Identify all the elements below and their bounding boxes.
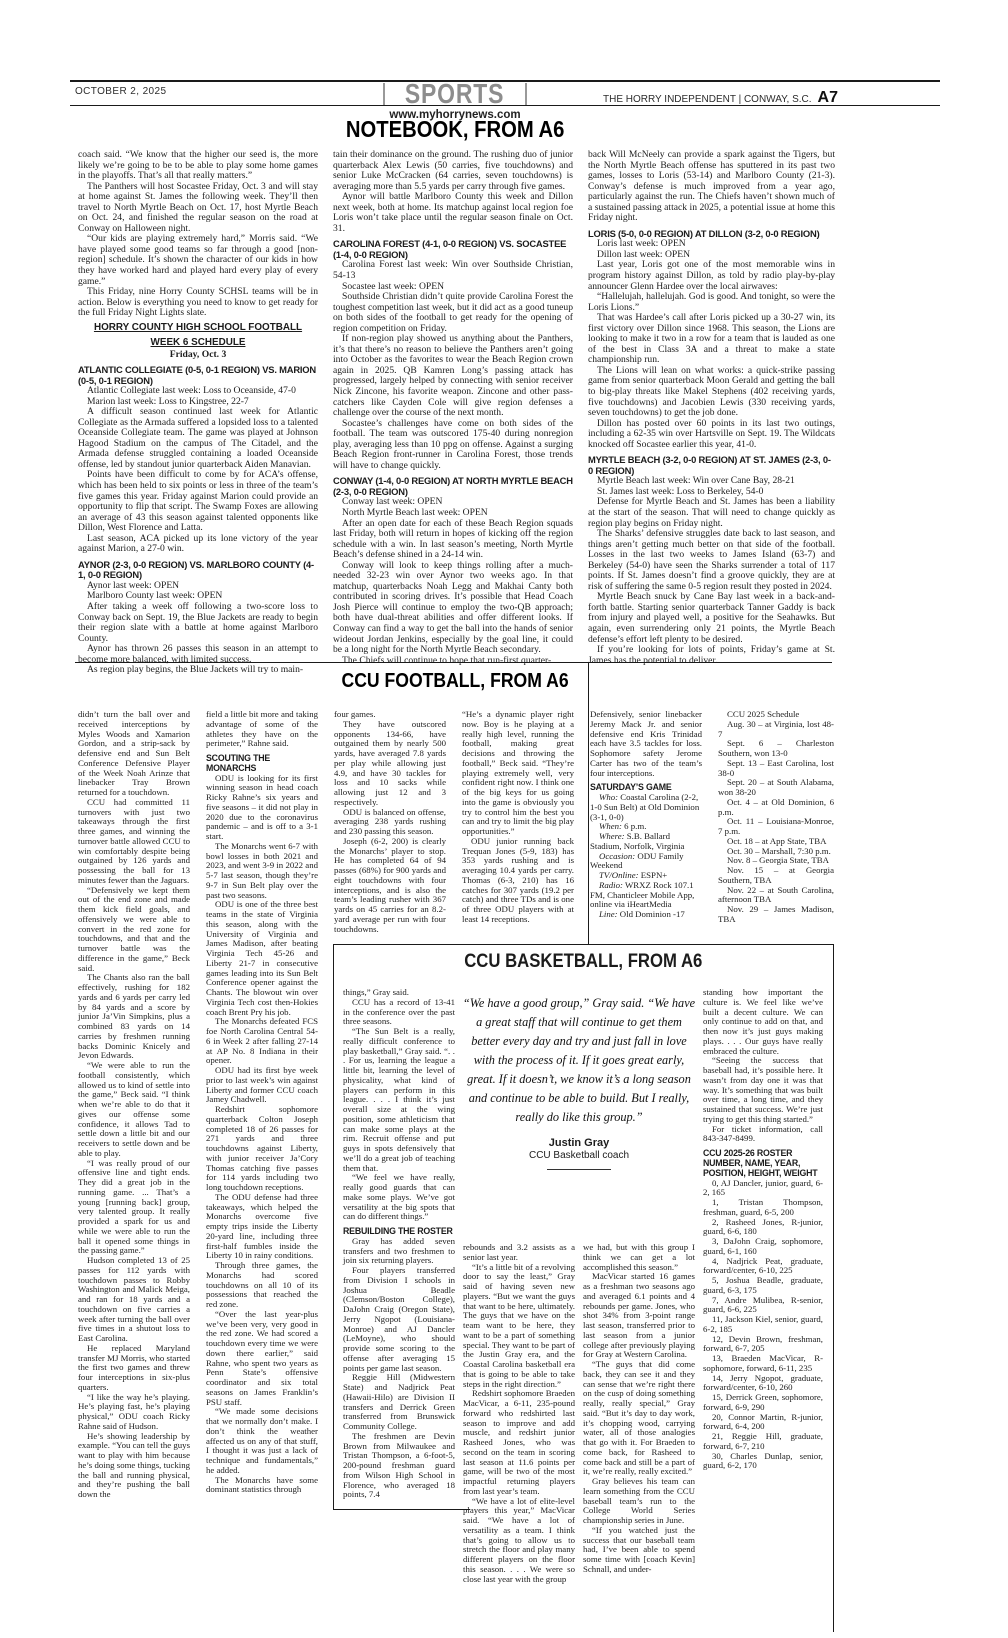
newspaper-page: { "masthead": { "date": "OCTOBER 2, 2025… — [0, 0, 1008, 1638]
basketball-column-4-roster: standing how important the culture is. W… — [703, 988, 823, 1471]
paragraph: Socastee’s challenges have come on both … — [333, 419, 573, 472]
subhead: CAROLINA FOREST (4-1, 0-0 REGION) VS. SO… — [333, 239, 573, 260]
paragraph: “We feel we have really, really good gua… — [343, 1173, 455, 1222]
info-label: Radio: — [599, 880, 623, 890]
football-column-3: four games.They have outscored opponents… — [334, 710, 446, 934]
paragraph: Conway will look to keep things rolling … — [333, 561, 573, 656]
football-headline: CCU FOOTBALL, FROM A6 — [75, 670, 835, 693]
paragraph: A difficult season continued last week f… — [78, 407, 318, 470]
paragraph: The Panthers will host Socastee Friday, … — [78, 182, 318, 235]
basketball-box-top-rule — [333, 944, 834, 945]
paragraph: “It’s a little bit of a revolving door t… — [463, 1263, 575, 1390]
paragraph: For ticket information, call 843-347-849… — [703, 1125, 823, 1145]
paragraph: ODU is one of the three best teams in th… — [206, 900, 318, 1017]
paragraph: 7, Andre Mulibea, R-senior, guard, 6-6, … — [703, 1296, 823, 1316]
paragraph: 11, Jackson Kiel, senior, guard, 6-2, 18… — [703, 1315, 823, 1335]
info-label: Occasion: — [599, 851, 635, 861]
paragraph: The freshmen are Devin Brown from Milwau… — [343, 1432, 455, 1500]
subhead: AYNOR (2-3, 0-0 REGION) VS. MARLBORO COU… — [78, 560, 318, 581]
paragraph: “Defensively we kept them out of the end… — [78, 886, 190, 974]
basketball-column-1: things,” Gray said.CCU has a record of 1… — [343, 988, 455, 1500]
paragraph: Nov. 22 – at South Carolina, afternoon T… — [718, 886, 834, 906]
subhead: CCU 2025-26 ROSTER NUMBER, NAME, YEAR, P… — [703, 1149, 823, 1179]
paragraph: 14, Jerry Ngopot, graduate, forward/cent… — [703, 1374, 823, 1394]
paragraph: They have outscored opponents 134-66, ha… — [334, 720, 446, 808]
paragraph: He’s showing leadership by example. “You… — [78, 1432, 190, 1500]
notebook-headline-text: NOTEBOOK, FROM A6 — [346, 116, 565, 143]
info-label: Line: — [599, 909, 618, 919]
subhead: Friday, Oct. 3 — [78, 350, 318, 361]
football-column-6-schedule: CCU 2025 ScheduleAug. 30 – at Virginia, … — [718, 710, 834, 925]
pull-quote: “We have a good group,” Gray said. “We h… — [462, 994, 696, 1170]
paragraph: Defensively, senior linebacker Jeremy Ma… — [590, 710, 702, 778]
paragraph: This Friday, nine Horry County SCHSL tea… — [78, 287, 318, 319]
paragraph: 15, Derrick Green, sophomore, forward, 6… — [703, 1393, 823, 1413]
basketball-box-left-rule — [333, 944, 334, 1510]
paragraph: 2, Rasheed Jones, R-junior, guard, 6-6, … — [703, 1218, 823, 1238]
paragraph: standing how important the culture is. W… — [703, 988, 823, 1056]
subhead: CONWAY (1-4, 0-0 REGION) AT NORTH MYRTLE… — [333, 476, 573, 497]
paragraph: The Monarchs have some dominant statisti… — [206, 1476, 318, 1496]
paragraph: “Seeing the success that baseball had, i… — [703, 1056, 823, 1124]
paragraph: 13, Braeden MacVicar, R-sophomore, forwa… — [703, 1354, 823, 1374]
paragraph: Joseph (6-2, 200) is clearly the Monarch… — [334, 837, 446, 935]
paragraph: rebounds and 3.2 assists as a senior las… — [463, 1243, 575, 1263]
football-column-5-gamebox: Defensively, senior linebacker Jeremy Ma… — [590, 710, 702, 920]
paragraph: Oct. 4 – at Old Dominion, 6 p.m. — [718, 798, 834, 818]
paragraph: “Our kids are playing extremely hard,” M… — [78, 234, 318, 287]
paragraph: Occasion: ODU Family Weekend — [590, 852, 702, 872]
paragraph: “The Sun Belt is a really, really diffic… — [343, 1027, 455, 1173]
pull-quote-attribution-title: CCU Basketball coach — [462, 1150, 696, 1161]
paragraph: “If you watched just the success that ou… — [583, 1526, 695, 1575]
paragraph: Where: S.B. Ballard Stadium, Norfolk, Vi… — [590, 832, 702, 852]
paragraph: Last year, Loris got one of the most mem… — [588, 260, 835, 292]
paragraph: “The guys that did come back, they can s… — [583, 1360, 695, 1477]
football-headline-text: CCU FOOTBALL, FROM A6 — [341, 670, 568, 693]
paragraph: ODU is looking for its first winning sea… — [206, 774, 318, 842]
paragraph: That was Hardee’s call after Loris picke… — [588, 313, 835, 366]
paragraph: The Monarchs went 6-7 with bowl losses i… — [206, 842, 318, 901]
notebook-column-2: tain their dominance on the ground. The … — [333, 150, 573, 666]
paragraph: After an open date for each of these Bea… — [333, 519, 573, 561]
paragraph: ODU had its first bye week prior to last… — [206, 1066, 318, 1105]
paragraph: back Will McNeely can provide a spark ag… — [588, 150, 835, 224]
banner-left-bar — [383, 83, 385, 105]
basketball-column-2: rebounds and 3.2 assists as a senior las… — [463, 1243, 575, 1584]
paragraph: Through three games, the Monarchs had sc… — [206, 1261, 318, 1310]
paragraph: The Monarchs defeated FCS foe North Caro… — [206, 1017, 318, 1066]
paragraph: Oct. 11 – Louisiana-Monroe, 7 p.m. — [718, 817, 834, 837]
paragraph: The Chiefs will continue to hope that ru… — [333, 656, 573, 667]
paragraph: 4, Nadjrick Peat, graduate, forward/cent… — [703, 1257, 823, 1277]
notebook-column-3: back Will McNeely can provide a spark ag… — [588, 150, 835, 666]
notebook-column-1: coach said. “We know that the higher our… — [78, 150, 318, 676]
info-label: Who: — [599, 792, 618, 802]
paragraph: 12, Devin Brown, freshman, forward, 6-7,… — [703, 1335, 823, 1355]
pull-quote-text: “We have a good group,” Gray said. “We h… — [462, 994, 696, 1127]
paragraph: Redshirt sophomore quarterback Colton Jo… — [206, 1105, 318, 1193]
paragraph: The Sharks’ defensive struggles date bac… — [588, 529, 835, 592]
paragraph: Dillon has posted over 60 points in its … — [588, 419, 835, 451]
football-column-2: field a little bit more and taking advan… — [206, 710, 318, 1495]
subhead: WEEK 6 SCHEDULE — [78, 337, 318, 349]
paragraph: North Myrtle Beach last week: OPEN — [333, 508, 573, 519]
football-column-4: “He’s a dynamic player right now. Boy is… — [462, 710, 574, 925]
paragraph: MacVicar started 16 games as a freshman … — [583, 1272, 695, 1360]
paragraph: Four players transferred from Division I… — [343, 1266, 455, 1373]
subhead: HORRY COUNTY HIGH SCHOOL FOOTBALL — [78, 322, 318, 334]
pull-quote-divider — [547, 1169, 611, 1170]
paragraph: 20, Connor Martin, R-junior, forward, 6-… — [703, 1413, 823, 1433]
paragraph: 0, AJ Dancler, junior, guard, 6-2, 165 — [703, 1179, 823, 1199]
basketball-box-bottom-rule — [333, 1509, 470, 1510]
paragraph: “I like the way he’s playing. He’s playi… — [78, 1393, 190, 1432]
paragraph: Nov. 15 – at Georgia Southern, TBA — [718, 866, 834, 886]
paragraph: The ODU defense had three takeaways, whi… — [206, 1193, 318, 1261]
paragraph: “He’s a dynamic player right now. Boy is… — [462, 710, 574, 837]
paragraph: ODU junior running back Trequan Jones (5… — [462, 837, 574, 925]
paragraph: CCU has a record of 13-41 in the confere… — [343, 998, 455, 1027]
paragraph: Radio: WRXZ Rock 107.1 FM, Chanticleer M… — [590, 881, 702, 910]
paragraph: He replaced Maryland transfer MJ Morris,… — [78, 1344, 190, 1393]
paragraph: Line: Old Dominion -17 — [590, 910, 702, 920]
paragraph: tain their dominance on the ground. The … — [333, 150, 573, 192]
header-rule-bottom — [70, 105, 940, 106]
paragraph: 21, Reggie Hill, graduate, forward, 6-7,… — [703, 1432, 823, 1452]
paragraph: Gray has added seven transfers and two f… — [343, 1237, 455, 1266]
paragraph: “We have a lot of elite-level players th… — [463, 1497, 575, 1585]
subhead: SCOUTING THE MONARCHS — [206, 754, 318, 774]
basketball-box-right-rule — [833, 944, 834, 1632]
paragraph: Gray believes his team can learn somethi… — [583, 1477, 695, 1526]
paragraph: “I was really proud of our offensive lin… — [78, 1159, 190, 1257]
paragraph: we had, but with this group I think we c… — [583, 1243, 695, 1272]
paragraph: If non-region play showed us anything ab… — [333, 334, 573, 418]
pull-quote-attribution-name: Justin Gray — [462, 1137, 696, 1149]
paragraph: Last season, ACA picked up its lone vict… — [78, 534, 318, 555]
paragraph: Redshirt sophomore Braeden MacVicar, a 6… — [463, 1389, 575, 1496]
info-label: When: — [599, 821, 622, 831]
paragraph: coach said. “We know that the higher our… — [78, 150, 318, 182]
paragraph: Aug. 30 – at Virginia, lost 48-7 — [718, 720, 834, 740]
paragraph: Southside Christian didn’t quite provide… — [333, 292, 573, 334]
paragraph: CCU had committed 11 turnovers with just… — [78, 798, 190, 886]
basketball-headline-text: CCU BASKETBALL, FROM A6 — [464, 951, 702, 973]
paragraph: The Lions will lean on what works: a qui… — [588, 366, 835, 419]
paragraph: 30, Charles Dunlap, senior, guard, 6-2, … — [703, 1452, 823, 1472]
paragraph: 5, Joshua Beadle, graduate, guard, 6-3, … — [703, 1276, 823, 1296]
paragraph: Hudson completed 13 of 25 passes for 112… — [78, 1256, 190, 1344]
paragraph: Reggie Hill (Midwestern State) and Nadjr… — [343, 1373, 455, 1432]
subhead: ATLANTIC COLLEGIATE (0-5, 0-1 REGION) VS… — [78, 365, 318, 386]
paragraph: Myrtle Beach snuck by Cane Bay last week… — [588, 592, 835, 645]
paragraph: Who: Coastal Carolina (2-2, 1-0 Sun Belt… — [590, 793, 702, 822]
paragraph: “Over the last year-plus we’ve been very… — [206, 1310, 318, 1408]
paragraph: didn’t turn the ball over and received i… — [78, 710, 190, 798]
paragraph: Carolina Forest last week: Win over Sout… — [333, 260, 573, 281]
paragraph: “Hallelujah, hallelujah. God is good. An… — [588, 292, 835, 313]
paragraph: field a little bit more and taking advan… — [206, 710, 318, 749]
paragraph: Aynor will battle Marlboro County this w… — [333, 192, 573, 234]
paragraph: Defense for Myrtle Beach and St. James h… — [588, 497, 835, 529]
subhead: MYRTLE BEACH (3-2, 0-0 REGION) AT ST. JA… — [588, 455, 835, 476]
notebook-headline: NOTEBOOK, FROM A6 — [75, 116, 835, 143]
paragraph: Sept. 6 – Charleston Southern, won 13-0 — [718, 739, 834, 759]
basketball-headline: CCU BASKETBALL, FROM A6 — [333, 951, 833, 973]
paragraph: 3, DaJohn Craig, sophomore, guard, 6-1, … — [703, 1237, 823, 1257]
paragraph: “We were able to run the football consis… — [78, 1061, 190, 1159]
basketball-column-3: we had, but with this group I think we c… — [583, 1243, 695, 1575]
paper-name: THE HORRY INDEPENDENT | CONWAY, S.C. — [603, 94, 812, 105]
paragraph: After taking a week off following a two-… — [78, 602, 318, 644]
info-label: TV/Online: — [599, 870, 639, 880]
paragraph: ODU is balanced on offense, averaging 23… — [334, 808, 446, 837]
gamebox-left-rule — [588, 662, 589, 945]
paragraph: “We made some decisions that we normally… — [206, 1407, 318, 1475]
paragraph: Points have been difficult to come by fo… — [78, 470, 318, 533]
paragraph: Sept. 20 – at South Alabama, won 38-20 — [718, 778, 834, 798]
football-column-1: didn’t turn the ball over and received i… — [78, 710, 190, 1500]
section-divider-rule — [75, 662, 832, 663]
paragraph: Sept. 13 – East Carolina, lost 38-0 — [718, 759, 834, 779]
info-label: Where: — [599, 831, 625, 841]
paragraph: 1, Tristan Thompson, freshman, guard, 6-… — [703, 1198, 823, 1218]
paragraph: Nov. 29 – James Madison, TBA — [718, 905, 834, 925]
paragraph: The Chants also ran the ball effectively… — [78, 973, 190, 1061]
page-number: A7 — [818, 89, 838, 106]
